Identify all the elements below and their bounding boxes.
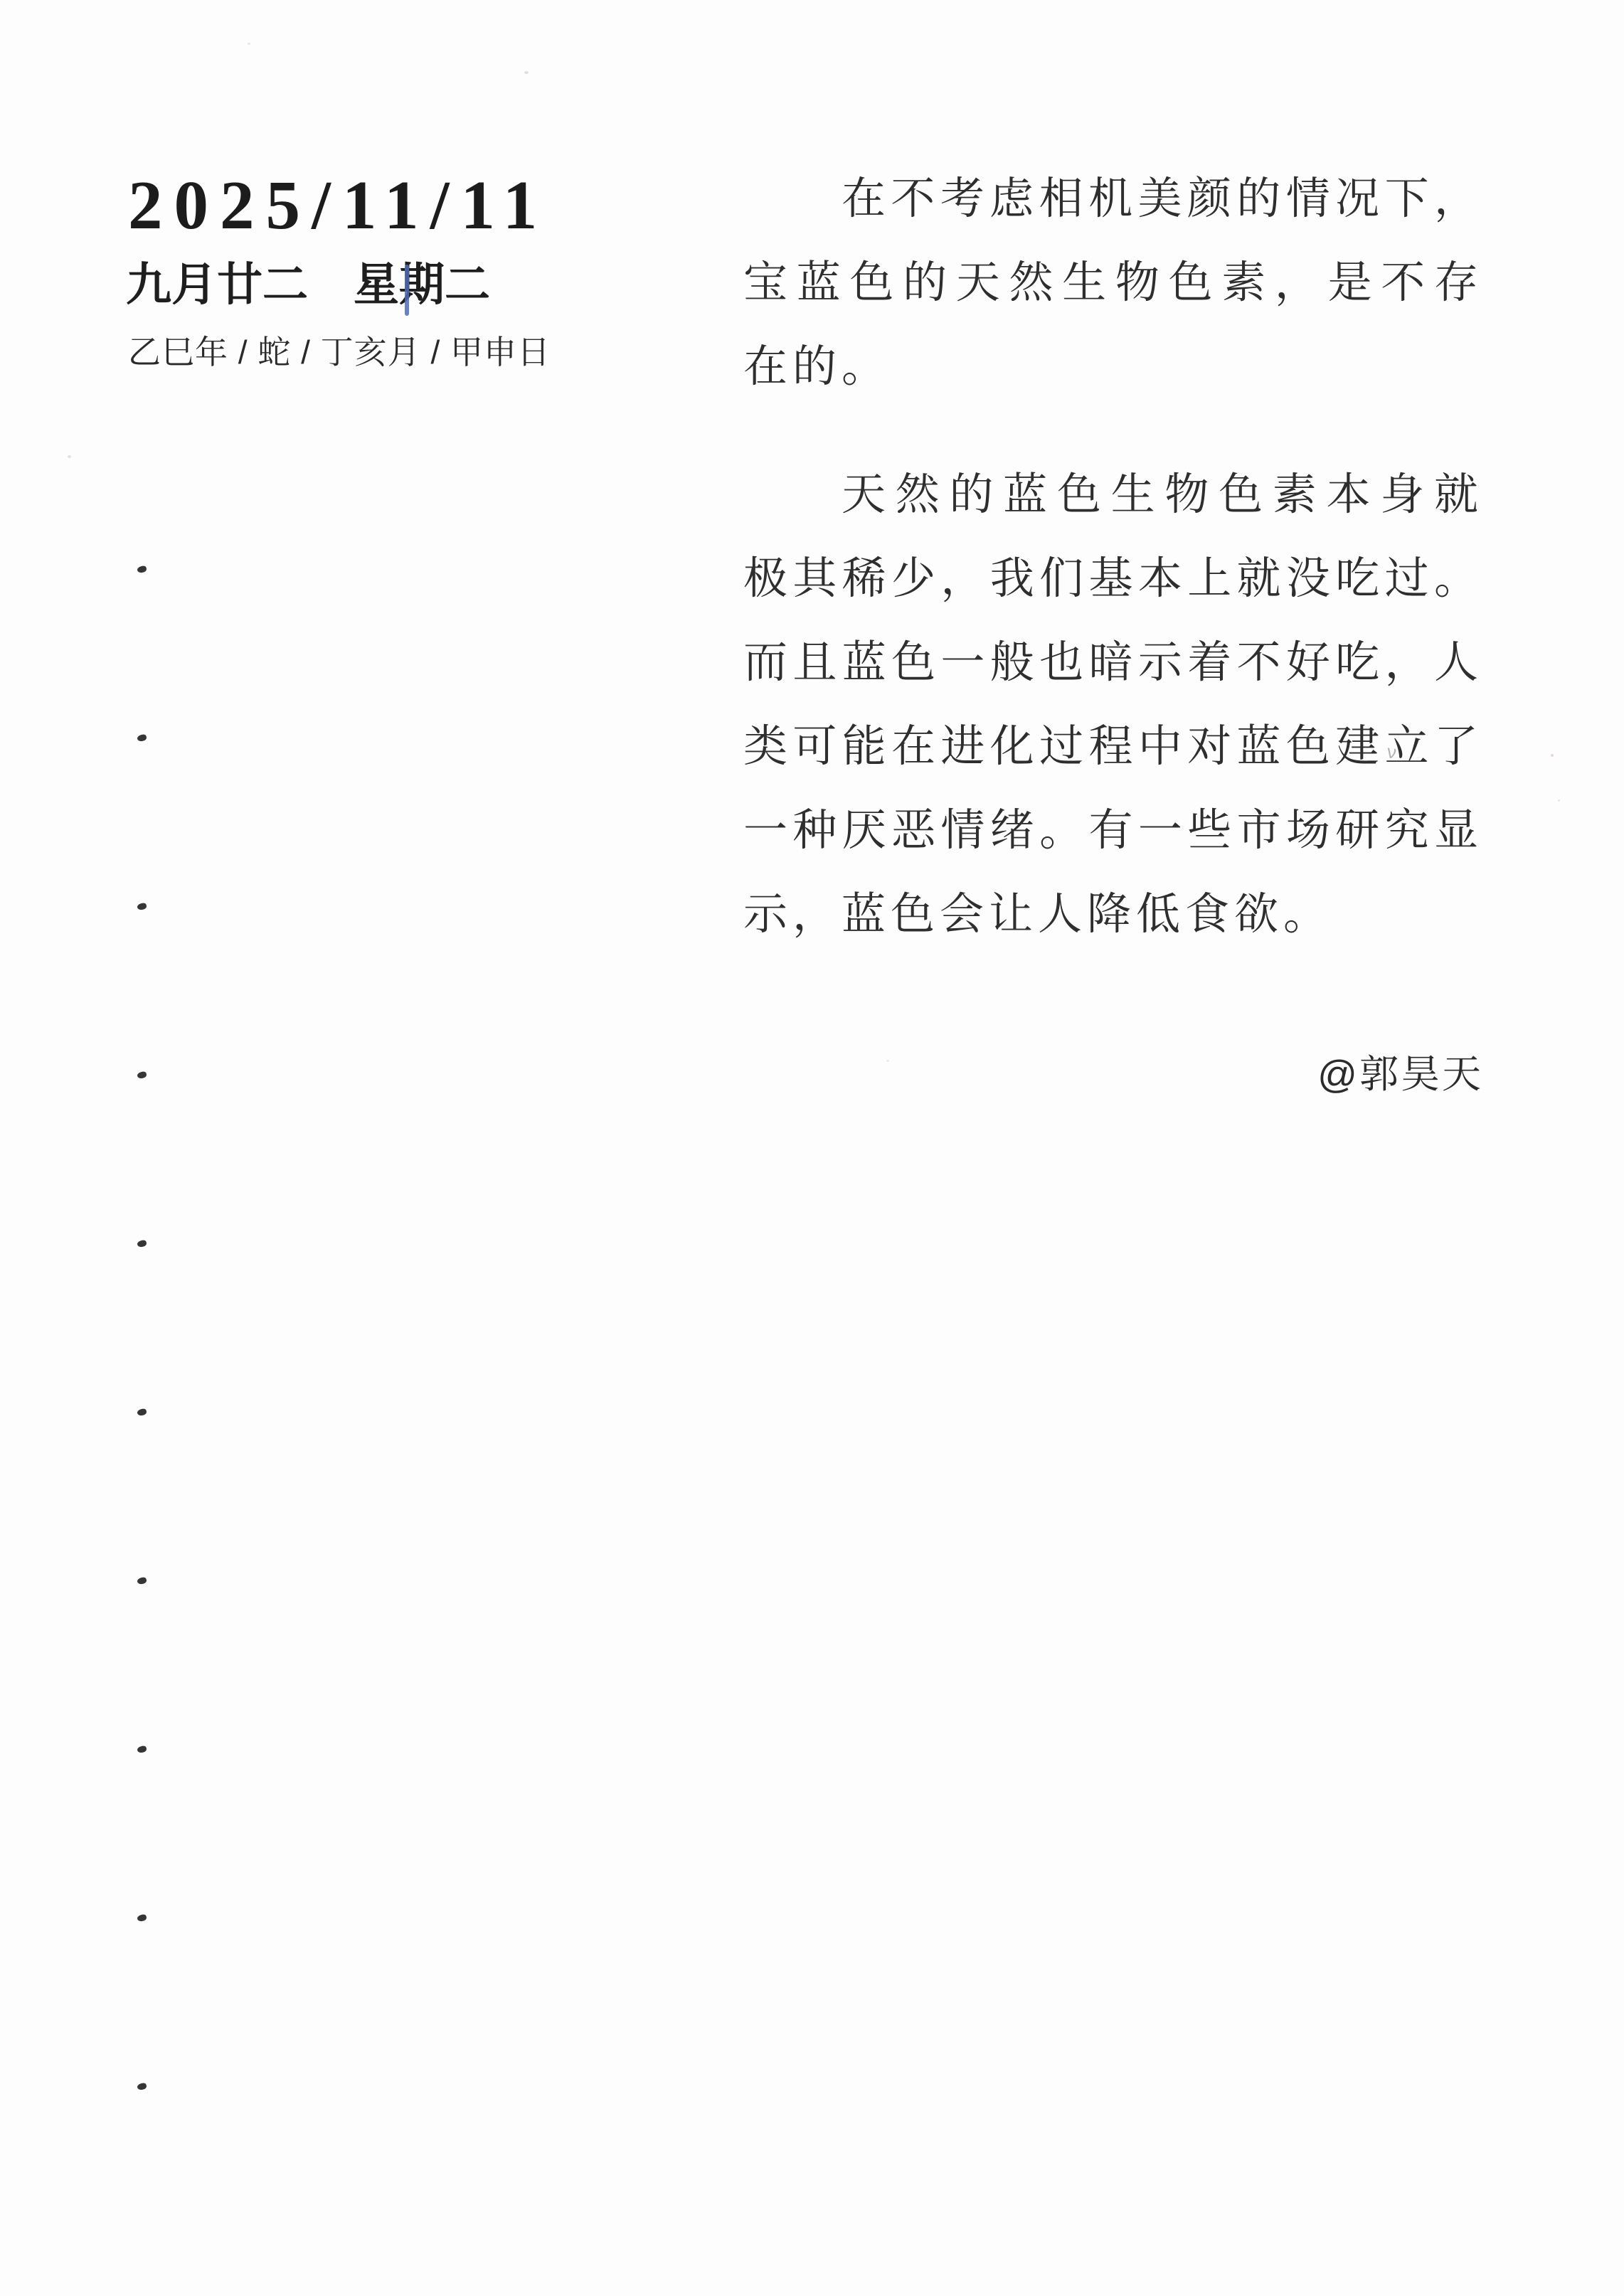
scan-speck xyxy=(248,43,250,45)
text-line: 示，蓝色会让人降低食欲。 xyxy=(743,873,1483,957)
text-line: 宝蓝色的天然生物色素，是不存 xyxy=(743,241,1483,325)
binding-dot xyxy=(137,1071,147,1080)
scan-speck xyxy=(68,455,71,458)
gregorian-date: 2025/11/11 xyxy=(128,166,548,245)
scan-speck xyxy=(1558,799,1560,802)
author-attribution: @郭昊天 xyxy=(743,1049,1483,1099)
scanned-calendar-page: 2025/11/11 九月廿二 星期二 乙巳年 / 蛇 / 丁亥月 / 甲申日 … xyxy=(0,0,1624,2296)
binding-dot xyxy=(137,565,147,574)
blue-pen-stroke-artifact xyxy=(405,265,409,316)
text-line: 而且蓝色一般也暗示着不好吃，人 xyxy=(743,621,1483,705)
text-line: 类可能在进化过程中对蓝色建立了 xyxy=(743,705,1483,789)
binding-dot xyxy=(137,1240,147,1248)
text-line: 极其稀少，我们基本上就没吃过。 xyxy=(743,537,1483,621)
scan-speck xyxy=(886,1060,889,1062)
article-text: 在不考虑相机美颜的情况下， 宝蓝色的天然生物色素，是不存 在的。 天然的蓝色生物… xyxy=(743,157,1483,1099)
binding-dot xyxy=(137,734,147,743)
ganzhi-zodiac-line: 乙巳年 / 蛇 / 丁亥月 / 甲申日 xyxy=(128,330,551,374)
text-line: 一种厌恶情绪。有一些市场研究显 xyxy=(743,789,1483,873)
lunar-date-weekday: 九月廿二 星期二 xyxy=(126,255,490,314)
scan-speck xyxy=(524,71,529,74)
binding-dot xyxy=(137,903,147,911)
binding-dot xyxy=(137,1577,147,1585)
binding-dot xyxy=(137,2083,147,2091)
text-line: 天然的蓝色生物色素本身就 xyxy=(743,453,1483,537)
binding-dot xyxy=(137,1408,147,1417)
binding-dot xyxy=(137,1745,147,1754)
scan-speck xyxy=(1551,754,1554,757)
text-line: 在的。 xyxy=(743,325,1483,409)
binding-dot xyxy=(137,1914,147,1923)
text-line: 在不考虑相机美颜的情况下， xyxy=(743,157,1483,241)
